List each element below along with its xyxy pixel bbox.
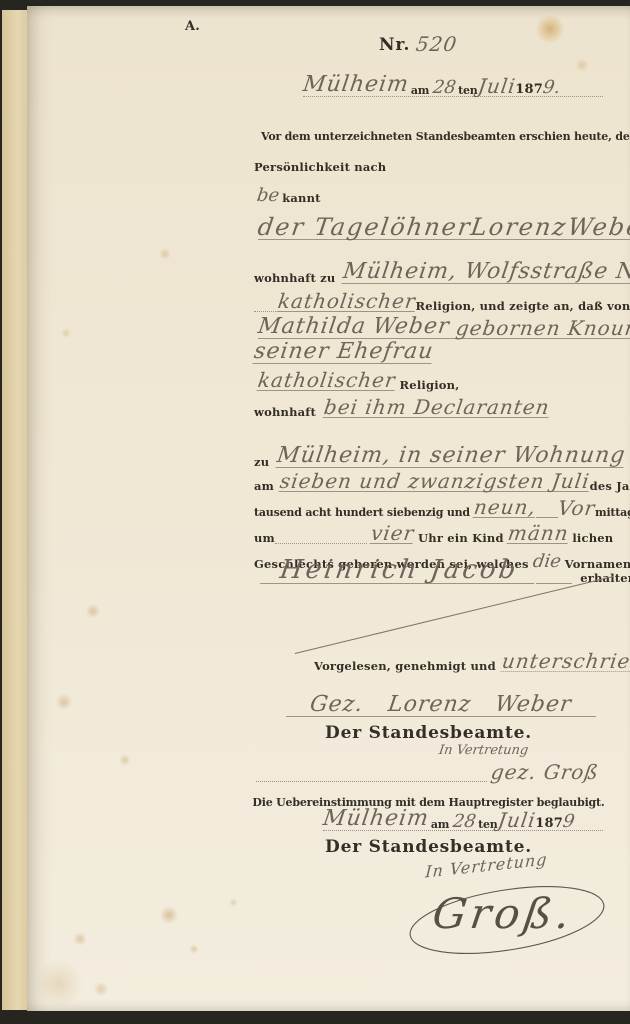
birthdate-handwritten: sieben und zwanzigsten Juli bbox=[279, 472, 591, 492]
cert-month-handwritten: Juli bbox=[496, 811, 536, 830]
mother-relation-line: seiner Ehefrau bbox=[254, 336, 603, 364]
cert-day-handwritten: 28 bbox=[452, 813, 477, 830]
header-year-digit-handwritten: 9. bbox=[542, 79, 562, 96]
scanned-register-book: { "corner": { "label": "A." }, "header":… bbox=[0, 0, 630, 1024]
corner-label-line: A. bbox=[185, 20, 200, 33]
intro-line1-wrap: Vor dem unterzeichneten Standesbeamten e… bbox=[261, 126, 607, 142]
nr-label: Nr. bbox=[379, 37, 410, 54]
birthdate-line: am sieben und zwanzigsten Juli des Jahre… bbox=[254, 464, 603, 492]
corner-label: A. bbox=[185, 20, 200, 33]
header-place-handwritten: Mülheim bbox=[302, 75, 411, 96]
mother-residence-line: wohnhaft bei ihm Declaranten bbox=[254, 390, 603, 418]
known-handwritten: be bbox=[256, 187, 281, 204]
signature-firstname-handwritten: Lorenz bbox=[386, 695, 472, 716]
stain bbox=[159, 906, 179, 924]
mother-firstname-handwritten: Mathilda bbox=[257, 317, 368, 338]
declarant-surname-handwritten: Weber bbox=[566, 216, 630, 239]
vorgelesen-line: Vorgelesen, genehmigt und unterschrieben bbox=[314, 642, 603, 672]
gez-handwritten: Gez. bbox=[309, 695, 365, 716]
intro-line1: Vor dem unterzeichneten Standesbeamten e… bbox=[261, 131, 607, 142]
stain bbox=[189, 944, 199, 954]
declarant-occupation-handwritten: der Tagelöhner bbox=[256, 216, 473, 239]
stain bbox=[229, 898, 238, 907]
gross-rule-left bbox=[256, 781, 487, 782]
underlying-page-edge bbox=[2, 10, 29, 1010]
sex-handwritten: männ bbox=[506, 524, 569, 544]
registrar-heading-1: Der Standesbeamte. bbox=[254, 722, 603, 742]
gez-gross-line: gez. Groß bbox=[256, 754, 603, 782]
vorgelesen-printed: Vorgelesen, genehmigt und bbox=[314, 661, 496, 673]
declarant-name-line: der Tagelöhner Lorenz Weber bbox=[258, 207, 630, 240]
header-am: am bbox=[411, 85, 429, 96]
stain bbox=[55, 694, 73, 710]
stain bbox=[61, 328, 71, 338]
residence-line: wohnhaft zu Mülheim, Wolfsstraße N° ¾ bbox=[254, 256, 630, 284]
stain bbox=[119, 754, 131, 766]
birthyear-line: tausend acht hundert siebenzig und neun,… bbox=[254, 490, 603, 518]
known-line: be kannt bbox=[254, 182, 603, 204]
header-day-handwritten: 28 bbox=[432, 79, 457, 96]
record-number-line: Nr. 520 bbox=[379, 32, 515, 54]
declarant-firstname-handwritten: Lorenz bbox=[470, 216, 569, 239]
mother-residence-handwritten: bei ihm Declaranten bbox=[323, 398, 551, 418]
registrar-heading-2: Der Standesbeamte. bbox=[254, 836, 603, 856]
mother-residence-label: wohnhaft bbox=[254, 407, 316, 419]
header-month-handwritten: Juli bbox=[476, 77, 516, 96]
residence-value-handwritten: Mülheim, Wolfsstraße N° ¾ bbox=[342, 262, 630, 284]
gross-signature-handwritten: Groß. bbox=[430, 894, 576, 934]
header-ten: ten bbox=[458, 85, 477, 96]
blank-rule-line bbox=[254, 432, 603, 440]
mother-religion-line: katholischer Religion, bbox=[254, 363, 603, 391]
header-date-line: Mülheim am 28 ten Juli 187 9. bbox=[303, 70, 603, 97]
mother-surname-handwritten: Weber bbox=[371, 317, 450, 338]
certificate-page: A. Nr. 520 Mülheim am 28 ten Juli 187 9.… bbox=[27, 6, 630, 1011]
known-printed: kannt bbox=[282, 193, 320, 205]
gez-gross-handwritten: gez. Groß bbox=[490, 763, 600, 782]
cert-place-handwritten: Mülheim bbox=[322, 809, 431, 830]
registrar-signature: Groß. bbox=[399, 868, 615, 964]
identity-line: Persönlichkeit nach bbox=[254, 153, 603, 173]
stain bbox=[159, 248, 171, 260]
registrar-title-1: Der Standesbeamte. bbox=[325, 725, 532, 742]
stain bbox=[535, 14, 565, 44]
stain bbox=[73, 932, 87, 946]
cert-year-printed: 187 bbox=[535, 817, 563, 830]
mother-relation-handwritten: seiner Ehefrau bbox=[252, 342, 434, 364]
mother-name-line: Mathilda Weber gebornen Knour bbox=[258, 308, 630, 339]
mother-religion-handwritten: katholischer bbox=[257, 371, 397, 391]
identity-label: Persönlichkeit nach bbox=[254, 162, 386, 174]
cert-year-digit-handwritten: 9 bbox=[562, 813, 576, 830]
unterschrieben-handwritten: unterschrieben bbox=[500, 652, 630, 672]
stain bbox=[85, 604, 101, 618]
birthtime-line: um vier Uhr ein Kind männ lichen bbox=[254, 516, 603, 544]
declarant-signature-line: Gez. Lorenz Weber bbox=[286, 682, 596, 717]
nr-value-handwritten: 520 bbox=[415, 35, 459, 54]
cert-ten: ten bbox=[478, 819, 497, 830]
residence-label: wohnhaft zu bbox=[254, 273, 335, 285]
child-name-line: Heinrich Jacob erhalten habe bbox=[262, 550, 607, 584]
signature-surname-handwritten: Weber bbox=[494, 695, 573, 716]
certification-date-line: Mülheim am 28 ten Juli 187 9 bbox=[323, 804, 603, 831]
child-name-rule bbox=[536, 583, 572, 584]
child-name-handwritten: Heinrich Jacob bbox=[260, 558, 538, 584]
stain bbox=[93, 982, 109, 996]
birthyear-handwritten: neun, bbox=[473, 498, 538, 518]
stain bbox=[31, 962, 87, 1006]
cert-am: am bbox=[431, 819, 449, 830]
header-year-printed: 187 bbox=[515, 83, 543, 96]
birthtime-hour-handwritten: vier bbox=[370, 524, 416, 544]
